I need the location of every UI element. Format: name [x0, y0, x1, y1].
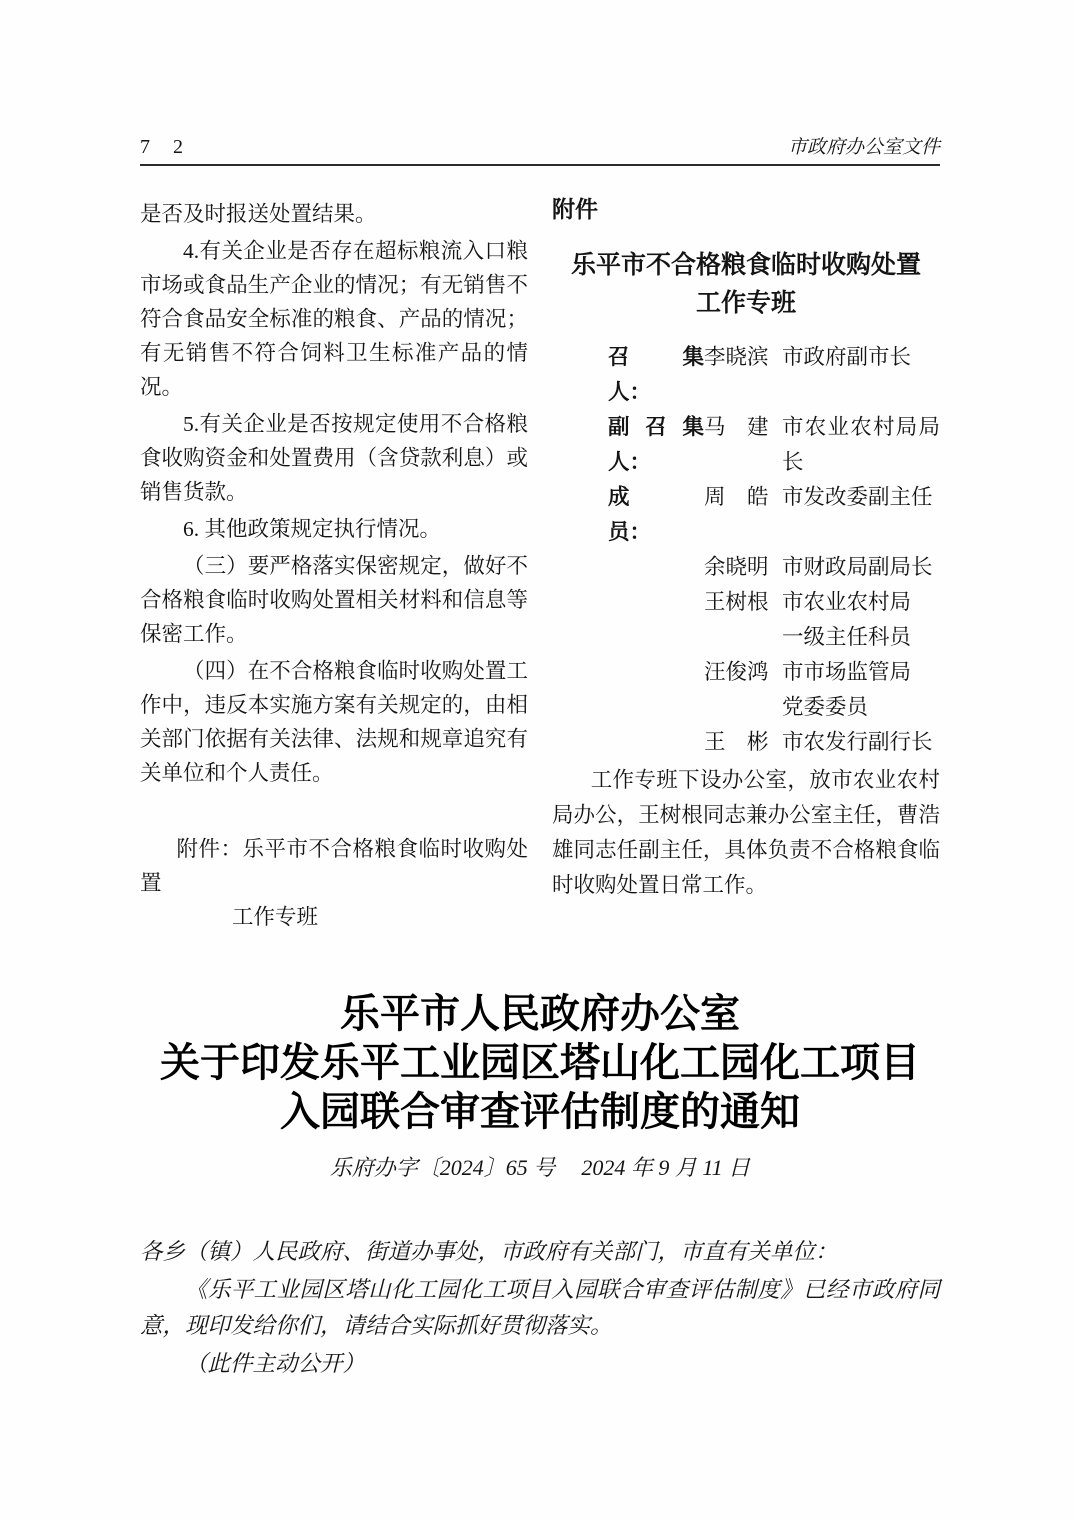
roster-person-name: 王树根 [704, 585, 782, 620]
roster-role-label [608, 620, 704, 655]
roster-person-name: 周 皓 [704, 480, 782, 550]
roster-person-title: 市发改委副主任 [782, 480, 940, 550]
notice-title: 乐平市人民政府办公室 关于印发乐平工业园区塔山化工园化工项目 入园联合审查评估制… [140, 990, 940, 1137]
taskforce-roster: 召 集 人： 李晓滨 市政府副市长 副召集人： 马 建 市农业农村局局长 成 员… [552, 340, 940, 760]
right-column: 附件 乐平市不合格粮食临时收购处置 工作专班 召 集 人： 李晓滨 市政府副市长… [552, 194, 940, 934]
attachment-label: 附件 [552, 194, 940, 224]
document-number: 乐府办字〔2024〕65 号 [330, 1155, 556, 1180]
roster-person-title: 市农发行副行长 [782, 725, 940, 760]
publicity-note: （此件主动公开） [140, 1346, 940, 1382]
roster-person-title: 党委委员 [782, 690, 940, 725]
roster-person-name: 李晓滨 [704, 340, 782, 410]
notice-body: 各乡（镇）人民政府、街道办事处，市政府有关部门，市直有关单位： 《乐平工业园区塔… [140, 1234, 940, 1382]
attachment-note: 附件：乐平市不合格粮食临时收购处置 工作专班 [140, 832, 528, 934]
roster-row: 余晓明 市财政局副局长 [552, 550, 940, 585]
attachment-heading-line: 乐平市不合格粮食临时收购处置 [552, 246, 940, 284]
page-number: 7 2 [140, 136, 192, 159]
header-document-label: 市政府办公室文件 [788, 132, 940, 159]
left-column: 是否及时报送处置结果。 4.有关企业是否存在超标粮流入口粮市场或食品生产企业的情… [140, 194, 528, 934]
roster-person-title: 市财政局副局长 [782, 550, 940, 585]
roster-row: 汪俊鸿 市市场监管局 [552, 655, 940, 690]
roster-person-title: 市政府副市长 [782, 340, 940, 410]
recipients-line: 各乡（镇）人民政府、街道办事处，市政府有关部门，市直有关单位： [140, 1234, 940, 1270]
roster-role-label [608, 655, 704, 690]
document-number-line: 乐府办字〔2024〕65 号2024 年 9 月 11 日 [140, 1151, 940, 1182]
notice-title-line: 关于印发乐平工业园区塔山化工园化工项目 [140, 1039, 940, 1088]
paragraph: 是否及时报送处置结果。 [140, 197, 528, 231]
roster-role-label [608, 585, 704, 620]
two-column-section: 是否及时报送处置结果。 4.有关企业是否存在超标粮流入口粮市场或食品生产企业的情… [140, 194, 940, 934]
roster-role-label [608, 550, 704, 585]
roster-person-name: 王 彬 [704, 725, 782, 760]
page-header: 7 2 市政府办公室文件 [140, 132, 940, 166]
closing-paragraph: 工作专班下设办公室，放市农业农村局办公，王树根同志兼办公室主任，曹浩雄同志任副主… [552, 763, 940, 903]
roster-person-name: 马 建 [704, 410, 782, 480]
attachment-note-line: 工作专班 [140, 900, 528, 934]
paragraph: （三）要严格落实保密规定，做好不合格粮食临时收购处置相关材料和信息等保密工作。 [140, 549, 528, 651]
attachment-note-line: 附件：乐平市不合格粮食临时收购处置 [140, 832, 528, 900]
roster-row: 成 员： 周 皓 市发改委副主任 [552, 480, 940, 550]
paragraph: （四）在不合格粮食临时收购处置工作中，违反本实施方案有关规定的，由相关部门依据有… [140, 654, 528, 790]
roster-row: 王 彬 市农发行副行长 [552, 725, 940, 760]
notice-body-paragraph: 《乐平工业园区塔山化工园化工项目入园联合审查评估制度》已经市政府同意，现印发给你… [140, 1272, 940, 1344]
notice-title-line: 乐平市人民政府办公室 [140, 990, 940, 1039]
document-date: 2024 年 9 月 11 日 [581, 1155, 750, 1180]
roster-row: 党委委员 [552, 690, 940, 725]
roster-row: 王树根 市农业农村局 [552, 585, 940, 620]
roster-person-title: 市农业农村局 [782, 585, 940, 620]
notice-title-line: 入园联合审查评估制度的通知 [140, 1088, 940, 1137]
roster-person-name: 余晓明 [704, 550, 782, 585]
roster-person-name [704, 620, 782, 655]
roster-person-title: 一级主任科员 [782, 620, 940, 655]
roster-role-label: 召 集 人： [608, 340, 704, 410]
paragraph: 5.有关企业是否按规定使用不合格粮食收购资金和处置费用（含贷款利息）或销售货款。 [140, 407, 528, 509]
roster-row: 召 集 人： 李晓滨 市政府副市长 [552, 340, 940, 410]
paragraph: 6. 其他政策规定执行情况。 [140, 512, 528, 546]
roster-role-label: 成 员： [608, 480, 704, 550]
roster-person-name [704, 690, 782, 725]
paragraph: 4.有关企业是否存在超标粮流入口粮市场或食品生产企业的情况；有无销售不符合食品安… [140, 234, 528, 404]
roster-person-name: 汪俊鸿 [704, 655, 782, 690]
roster-role-label: 副召集人： [608, 410, 704, 480]
roster-person-title: 市农业农村局局长 [782, 410, 940, 480]
attachment-heading: 乐平市不合格粮食临时收购处置 工作专班 [552, 246, 940, 322]
roster-row: 副召集人： 马 建 市农业农村局局长 [552, 410, 940, 480]
roster-role-label [608, 725, 704, 760]
document-page: 7 2 市政府办公室文件 是否及时报送处置结果。 4.有关企业是否存在超标粮流入… [0, 0, 1074, 1520]
attachment-heading-line: 工作专班 [552, 284, 940, 322]
roster-person-title: 市市场监管局 [782, 655, 940, 690]
roster-role-label [608, 690, 704, 725]
roster-row: 一级主任科员 [552, 620, 940, 655]
